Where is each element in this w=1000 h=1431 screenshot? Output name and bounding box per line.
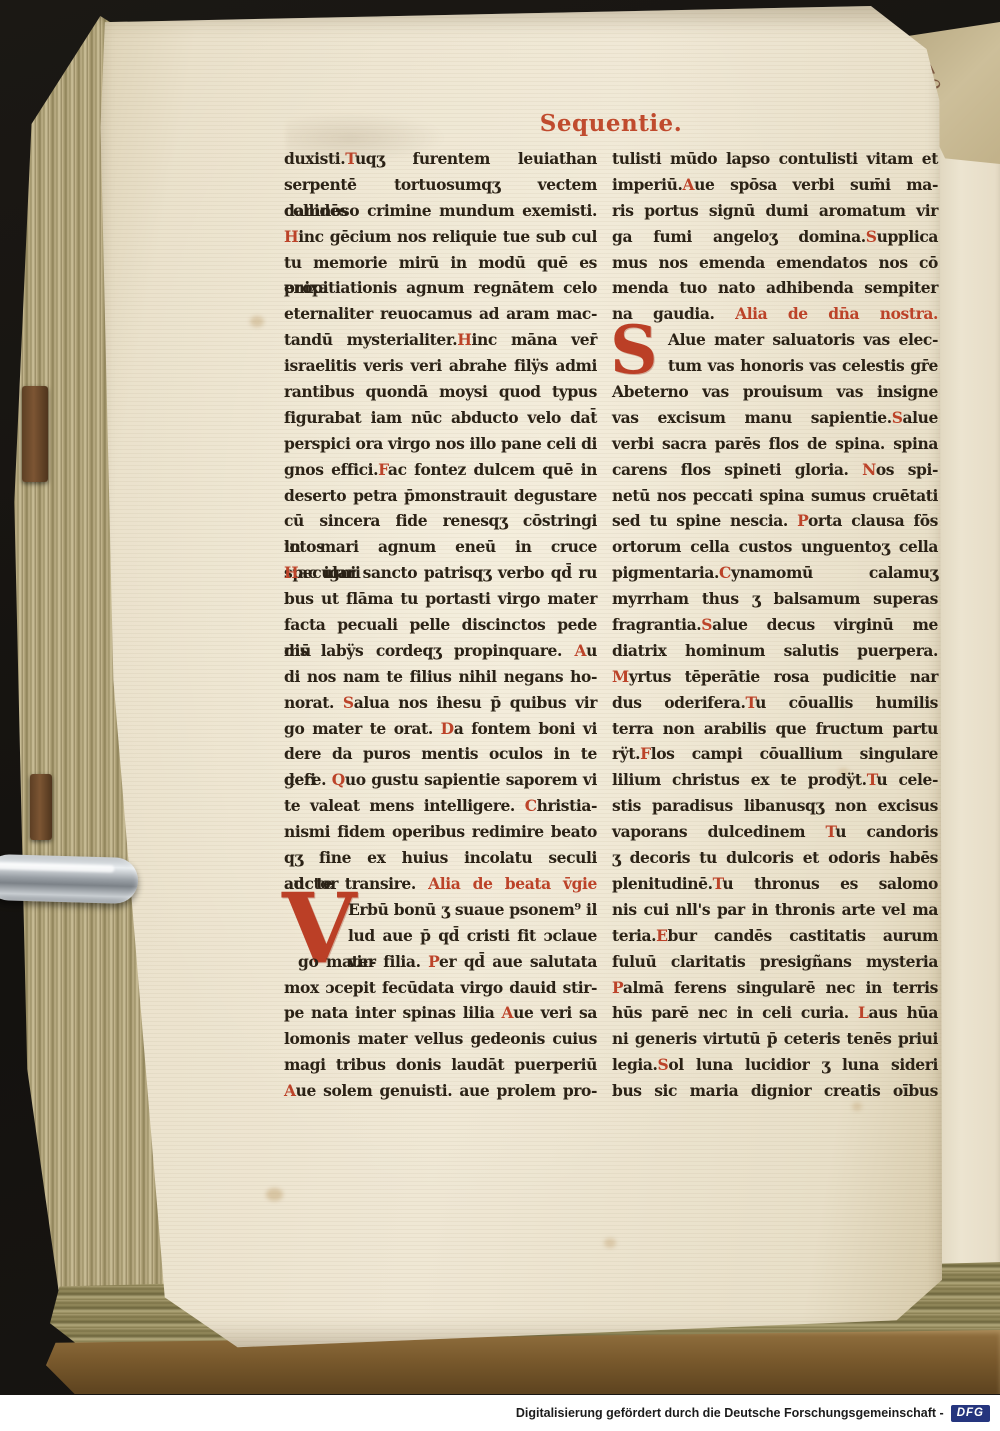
body-text: di nos nam te filius nihil negans ho- [284, 667, 597, 686]
body-text: carens flos spineti gloria. [612, 460, 862, 479]
text-line: lilium christus ex te prodÿt.Tu cele- [612, 767, 938, 793]
body-text: u candoris [835, 822, 938, 841]
body-text: tulisti mūdo lapso contulisti vitam et [612, 149, 938, 168]
body-text: ue solem genuisti. aue prolem pro- [296, 1081, 597, 1100]
rubric-text: F [640, 744, 651, 763]
body-text: bus sic maria dignior creatis oībus [612, 1081, 938, 1100]
text-line: vas excisum manu sapientie.Salue [612, 405, 938, 431]
body-text: rÿt. [612, 744, 640, 763]
body-text: tum vas honoris vas celestis gr̄e [668, 356, 938, 375]
text-line: dis labÿs cordeqʒ propinquare. Au [284, 638, 597, 664]
digitization-banner: Digitalisierung gefördert durch die Deut… [0, 1395, 1000, 1431]
body-text: fuluū claritatis presigñans mysteria [612, 952, 938, 971]
body-text: Abeterno vas prouisum vas insigne [612, 382, 938, 401]
body-text: na gaudia. [612, 304, 735, 323]
body-text: te valeat mens intelligere. [284, 796, 525, 815]
body-text: upplica [877, 227, 938, 246]
body-text: vaporans dulcedinem [612, 822, 826, 841]
rubric-text: T [867, 770, 877, 789]
text-line: nis cui nll's par in thronis arte vel ma [612, 897, 938, 923]
text-line: pe nata inter spinas lilia Aue veri sa [284, 1000, 597, 1026]
text-line: teria.Ebur candēs castitatis aurum [612, 923, 938, 949]
rubric-text: D [441, 719, 454, 738]
rubric-text: M [612, 667, 629, 686]
rubric-text: S [701, 615, 712, 634]
text-line: qʒ fine ex huius incolatu seculi auctor [284, 845, 597, 871]
text-line: Erbū bonū ʒ suaue psonem⁹ il [284, 897, 597, 923]
body-text: mox ɔcepit fecūdata virgo dauid stir- [284, 978, 597, 997]
body-text: perspici ora virgo nos illo pane celi di [284, 434, 597, 453]
text-line: dus oderifera.Tu cōuallis humilis [612, 690, 938, 716]
body-text: vas excisum manu sapientie. [612, 408, 892, 427]
text-line: sed tu spine nescia. Porta clausa fōs [612, 508, 938, 534]
rubric-text: S [866, 227, 877, 246]
body-text: ortorum cella custos unguentoʒ cella [612, 537, 938, 556]
text-line: cū sincera fide renesqʒ cōstringi lotos [284, 508, 597, 534]
body-text: terra non arabilis que fructum partu [612, 719, 938, 738]
rubric-text: P [797, 511, 808, 530]
text-line: tum vas honoris vas celestis gr̄e [612, 353, 938, 379]
rubric-text: S [658, 1055, 669, 1074]
text-line: rantibus quondā moysi quod typus [284, 379, 597, 405]
text-line: figurabat iam nūc abducto velo dat̄ [284, 405, 597, 431]
rubric-text: C [719, 563, 731, 582]
text-line: menda tuo nato adhibenda sempiter [612, 275, 938, 301]
body-text: gere. [284, 770, 332, 789]
rubric-text: T [713, 874, 723, 893]
text-line: Aue solem genuisti. aue prolem pro- [284, 1078, 597, 1104]
text-line: netū nos peccati spina sumus cruētati [612, 483, 938, 509]
text-line: israelitis veris veri abrahe filÿs admi [284, 353, 597, 379]
book-photo-scene: 170 Sequentie. V S duxisti.Tuqʒ furentem… [0, 0, 1000, 1431]
text-line: nismi fidem operibus redimire beato [284, 819, 597, 845]
body-text: Erbū bonū ʒ suaue psonem⁹ il [348, 900, 597, 919]
text-line: go mater te orat. Da fontem boni vi [284, 716, 597, 742]
body-text: ris portus signū dumi aromatum vir [612, 201, 938, 220]
body-text: almā ferens singularē nec in terris [623, 978, 938, 997]
rubric-text: P [612, 978, 623, 997]
text-line: damnoso crimine mundum exemisti. [284, 198, 597, 224]
body-text: uo gustu sapientie saporem vi [345, 770, 597, 789]
body-text: Alue mater saluatoris vas elec- [668, 330, 938, 349]
body-text: uqʒ furentem leuiathan [355, 149, 597, 168]
body-text: imperiū. [612, 175, 683, 194]
rubric-text: T [826, 822, 836, 841]
text-line: myrrham thus ʒ balsamum superas [612, 586, 938, 612]
text-line: dere da puros mentis oculos in te defi [284, 741, 597, 767]
text-line: Abeterno vas prouisum vas insigne [612, 379, 938, 405]
text-line: Palmā ferens singularē nec in terris [612, 975, 938, 1001]
body-text: hristia- [537, 796, 597, 815]
body-text: norat. [284, 693, 343, 712]
rubric-text: E [656, 926, 667, 945]
text-line: magi tribus donis laudāt puerperiū [284, 1052, 597, 1078]
body-text: rantibus quondā moysi quod typus [284, 382, 597, 401]
body-text: sed tu spine nescia. [612, 511, 797, 530]
text-line: ris portus signū dumi aromatum vir [612, 198, 938, 224]
body-text: figurabat iam nūc abducto velo dat̄ [284, 408, 597, 427]
body-text: u cōuallis humilis [755, 693, 938, 712]
rubric-text: A [284, 1081, 296, 1100]
text-line: in mari agnum eneū in cruce speculari [284, 534, 597, 560]
body-text: ga fumi angeloʒ domina. [612, 227, 866, 246]
body-text: er qd̄ aue salutata [439, 952, 597, 971]
rubric-text: S [892, 408, 903, 427]
body-text: u cele- [876, 770, 938, 789]
body-text: damnoso crimine mundum exemisti. [284, 201, 597, 220]
body-text: duxisti. [284, 149, 345, 168]
text-line: carens flos spineti gloria. Nos spi- [612, 457, 938, 483]
text-line: serpentē tortuosumqʒ vectem collidēs [284, 172, 597, 198]
dfg-logo: DFG [951, 1405, 990, 1422]
text-line: vaporans dulcedinem Tu candoris [612, 819, 938, 845]
body-text: fragrantia. [612, 615, 701, 634]
body-text: lomonis mater vellus gedeonis cuius [284, 1029, 597, 1048]
body-text: netū nos peccati spina sumus cruētati [612, 486, 938, 505]
body-text: u thronus es salomo [722, 874, 938, 893]
body-text: alue decus virginū me [712, 615, 938, 634]
body-text: lilium christus ex te prodÿt. [612, 770, 867, 789]
body-text: ad te transire. [284, 874, 428, 893]
body-text: teria. [612, 926, 656, 945]
body-text: inc gēcium nos reliquie tue sub cul [298, 227, 597, 246]
body-text: alue [903, 408, 938, 427]
body-text: gnos effici. [284, 460, 378, 479]
body-text: ue spōsa verbi sum̄i ma- [694, 175, 938, 194]
text-line: lomonis mater vellus gedeonis cuius [284, 1026, 597, 1052]
text-line: eternaliter reuocamus ad aram mac- [284, 301, 597, 327]
text-column-right: tulisti mūdo lapso contulisti vitam etim… [612, 146, 938, 1104]
rubric-text: C [525, 796, 537, 815]
text-line: bus sic maria dignior creatis oībus [612, 1078, 938, 1104]
text-line: diatrix hominum salutis puerpera. [612, 638, 938, 664]
body-text: ol luna lucidior ʒ luna sideri [668, 1055, 938, 1074]
body-text: orta clausa fōs [808, 511, 938, 530]
rubric-text: H [284, 563, 298, 582]
body-text: pigmentaria. [612, 563, 719, 582]
printed-text-layer: Sequentie. V S duxisti.Tuqʒ furentem leu… [0, 0, 1000, 1431]
rubric-text: P [428, 952, 439, 971]
body-text: myrrham thus ʒ balsamum superas [612, 589, 938, 608]
body-text: legia. [612, 1055, 658, 1074]
body-text: menda tuo nato adhibenda sempiter [612, 278, 938, 297]
text-line: ʒ decoris tu dulcoris et odoris habēs [612, 845, 938, 871]
text-line: tandū mysterialiter.Hinc māna ver̄ [284, 327, 597, 353]
body-text: bur candēs castitatis aurum [668, 926, 938, 945]
body-text: go mater te orat. [284, 719, 441, 738]
body-text: israelitis veris veri abrahe filÿs admi [284, 356, 597, 375]
rubric-text: H [284, 227, 298, 246]
text-line: fuluū claritatis presigñans mysteria [612, 949, 938, 975]
body-text: yrtus tēperātie rosa pudicitie nar [629, 667, 938, 686]
rubric-text: Q [332, 770, 345, 789]
body-text: tandū mysterialiter. [284, 330, 457, 349]
body-text: ac igni sancto patrisqʒ verbo qd̄ ru [298, 563, 597, 582]
body-text: verbi sacra parēs flos de spina. spina [612, 434, 938, 453]
text-line: legia.Sol luna lucidior ʒ luna sideri [612, 1052, 938, 1078]
body-text: go mater filia. [298, 952, 428, 971]
body-text: dus oderifera. [612, 693, 745, 712]
body-text: hūs parē nec in celi curia. [612, 1003, 858, 1022]
text-line: Myrtus tēperātie rosa pudicitie nar [612, 664, 938, 690]
text-line: Alue mater saluatoris vas elec- [612, 327, 938, 353]
rubric-text: H [457, 330, 471, 349]
digitization-credit-text: Digitalisierung gefördert durch die Deut… [516, 1406, 944, 1420]
text-line: verbi sacra parēs flos de spina. spina [612, 431, 938, 457]
body-text: ni generis virtutū p̄ ceteris tenēs priu… [612, 1029, 938, 1048]
text-line: pigmentaria.Cynamomū calamuʒ [612, 560, 938, 586]
rubric-text: A [574, 641, 586, 660]
body-text: magi tribus donis laudāt puerperiū [284, 1055, 597, 1074]
body-text: propitiationis agnum regnātem celo [284, 278, 597, 297]
body-text: ue veri sa [513, 1003, 597, 1022]
text-line: propitiationis agnum regnātem celo [284, 275, 597, 301]
text-line: fragrantia.Salue decus virginū me [612, 612, 938, 638]
text-line: imperiū.Aue spōsa verbi sum̄i ma- [612, 172, 938, 198]
body-text: dis labÿs cordeqʒ propinquare. [284, 641, 574, 660]
text-line: tu memorie mirū in modū quē es enixa [284, 250, 597, 276]
rubric-text: T [745, 693, 755, 712]
body-text: ynamomū calamuʒ [731, 563, 938, 582]
body-text: nis cui nll's par in thronis arte vel ma [612, 900, 938, 919]
body-text: diatrix hominum salutis puerpera. [612, 641, 938, 660]
text-line: go mater filia. Per qd̄ aue salutata [284, 949, 597, 975]
text-line: na gaudia. Alia de dn̄a nostra. [612, 301, 938, 327]
body-text: stis paradisus libanusqʒ non excisus [612, 796, 938, 815]
rubric-text: L [858, 1003, 869, 1022]
body-text: pe nata inter spinas lilia [284, 1003, 501, 1022]
body-text: deserto petra p̄monstrauit degustare [284, 486, 597, 505]
text-line: ad te transire. Alia de beata v̄gie [284, 871, 597, 897]
text-line: mox ɔcepit fecūdata virgo dauid stir- [284, 975, 597, 1001]
running-title: Sequentie. [283, 110, 939, 137]
text-line: norat. Salua nos ihesu p̄ quibus vir [284, 690, 597, 716]
text-line: Hac igni sancto patrisqʒ verbo qd̄ ru [284, 560, 597, 586]
body-text: los campi cōuallium singulare [651, 744, 938, 763]
text-line: bus ut flāma tu portasti virgo mater [284, 586, 597, 612]
text-line: duxisti.Tuqʒ furentem leuiathan [284, 146, 597, 172]
glass-page-weight-rod [0, 854, 139, 904]
body-text: u [586, 641, 597, 660]
text-line: terra non arabilis que fructum partu [612, 716, 938, 742]
text-line: gere. Quo gustu sapientie saporem vi [284, 767, 597, 793]
rubric-text: A [501, 1003, 513, 1022]
text-line: stis paradisus libanusqʒ non excisus [612, 793, 938, 819]
text-line: ni generis virtutū p̄ ceteris tenēs priu… [612, 1026, 938, 1052]
text-line: deserto petra p̄monstrauit degustare [284, 483, 597, 509]
body-text: nismi fidem operibus redimire beato [284, 822, 597, 841]
rubric-text: A [683, 175, 695, 194]
text-line: hūs parē nec in celi curia. Laus hūa [612, 1000, 938, 1026]
text-line: perspici ora virgo nos illo pane celi di [284, 431, 597, 457]
body-text: a fontem boni vi [454, 719, 597, 738]
text-line: Hinc gēcium nos reliquie tue sub cul [284, 224, 597, 250]
text-line: ortorum cella custos unguentoʒ cella [612, 534, 938, 560]
rubric-text: Alia de dn̄a nostra. [735, 304, 938, 323]
text-line: facta pecuali pelle discinctos pede mū [284, 612, 597, 638]
body-text: ʒ decoris tu dulcoris et odoris habēs [612, 848, 938, 867]
body-text: inc māna ver̄ [471, 330, 597, 349]
body-text: ac fontez dulcem quē in [388, 460, 597, 479]
text-line: mus nos emenda emendatos nos cō [612, 250, 938, 276]
text-line: rÿt.Flos campi cōuallium singulare [612, 741, 938, 767]
rubric-text: F [378, 460, 388, 479]
text-line: lud aue p̄ qd̄ cristi fit ɔclaue vir- [284, 923, 597, 949]
rubric-text: T [345, 149, 355, 168]
body-text: plenitudinē. [612, 874, 713, 893]
text-line: ga fumi angeloʒ domina.Supplica [612, 224, 938, 250]
text-line: plenitudinē.Tu thronus es salomo [612, 871, 938, 897]
body-text: alua nos ihesu p̄ quibus vir [354, 693, 597, 712]
text-line: te valeat mens intelligere. Christia- [284, 793, 597, 819]
body-text: mus nos emenda emendatos nos cō [612, 253, 938, 272]
rubric-text: S [343, 693, 354, 712]
text-line: gnos effici.Fac fontez dulcem quē in [284, 457, 597, 483]
body-text: eternaliter reuocamus ad aram mac- [284, 304, 597, 323]
text-line: tulisti mūdo lapso contulisti vitam et [612, 146, 938, 172]
rubric-text: N [862, 460, 876, 479]
text-column-left: duxisti.Tuqʒ furentem leuiathanserpentē … [284, 146, 597, 1104]
body-text: bus ut flāma tu portasti virgo mater [284, 589, 597, 608]
body-text: aus hūa [869, 1003, 939, 1022]
body-text: os spi- [876, 460, 938, 479]
rubric-text: Alia de beata v̄gie [428, 874, 597, 893]
text-line: di nos nam te filius nihil negans ho- [284, 664, 597, 690]
